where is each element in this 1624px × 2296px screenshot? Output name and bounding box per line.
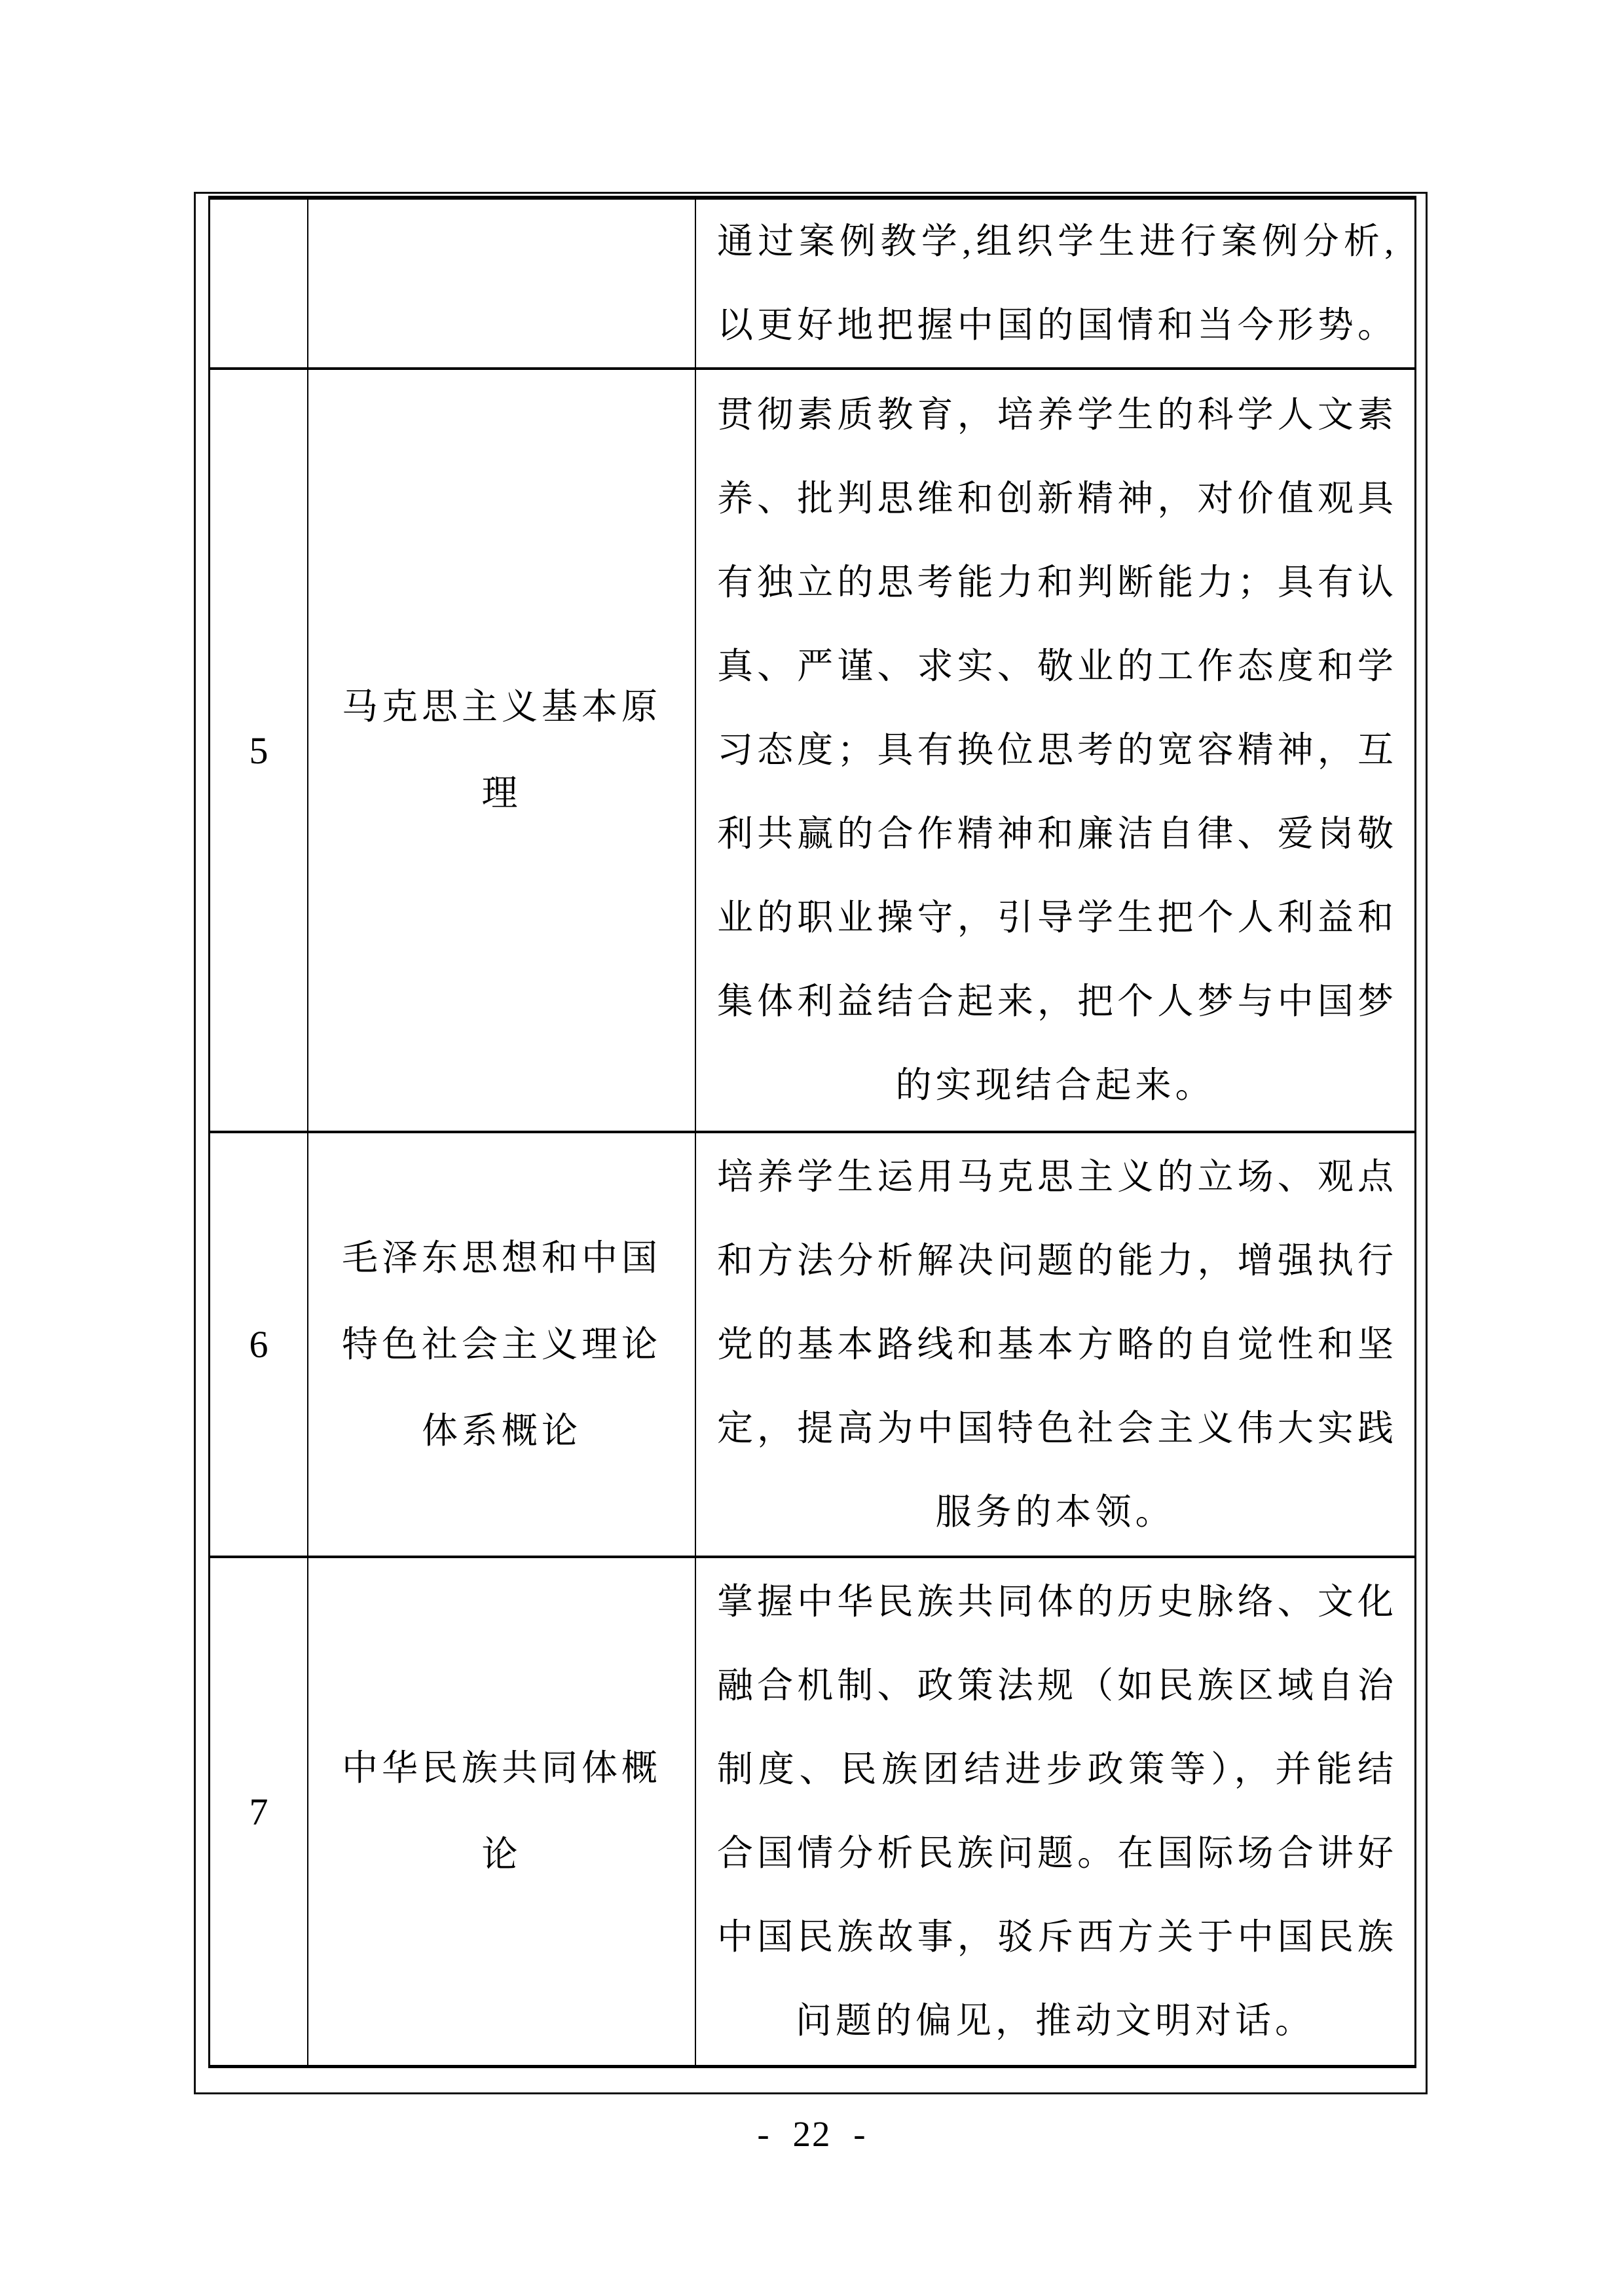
course-objective-cell: 通过案例教学,组织学生进行案例分析,以更好地把握中国的国情和当今形势。 bbox=[696, 200, 1414, 367]
text-line: 贯彻素质教育，培养学生的科学人文素 bbox=[717, 373, 1393, 457]
text-line: 培养学生运用马克思主义的立场、观点 bbox=[717, 1135, 1393, 1219]
page-number: - 22 - bbox=[0, 2113, 1624, 2155]
course-name-cell bbox=[308, 200, 696, 367]
text-line: 掌握中华民族共同体的历史脉络、文化 bbox=[717, 1560, 1393, 1644]
text-line: 定，提高为中国特色社会主义伟大实践 bbox=[717, 1387, 1393, 1470]
row-number: 6 bbox=[249, 1322, 268, 1366]
table-row-7: 7 中华民族共同体概论 掌握中华民族共同体的历史脉络、文化融合机制、政策法规（如… bbox=[210, 1558, 1414, 2065]
course-name-cell: 马克思主义基本原理 bbox=[308, 370, 696, 1131]
course-table: 通过案例教学,组织学生进行案例分析,以更好地把握中国的国情和当今形势。 5 马克… bbox=[208, 196, 1416, 2068]
text-line: 合国情分析民族问题。在国际场合讲好 bbox=[717, 1812, 1393, 1895]
table-row-6: 6 毛泽东思想和中国特色社会主义理论体系概论 培养学生运用马克思主义的立场、观点… bbox=[210, 1133, 1414, 1558]
course-objective-cell: 培养学生运用马克思主义的立场、观点和方法分析解决问题的能力，增强执行党的基本路线… bbox=[696, 1133, 1414, 1556]
table-row-5: 5 马克思主义基本原理 贯彻素质教育，培养学生的科学人文素养、批判思维和创新精神… bbox=[210, 370, 1414, 1133]
row-number-cell: 5 bbox=[210, 370, 308, 1131]
text-line: 真、严谨、求实、敬业的工作态度和学 bbox=[717, 625, 1393, 708]
text-line: 服务的本领。 bbox=[717, 1470, 1393, 1554]
row-number: 7 bbox=[249, 1790, 268, 1834]
text-line: 体系概论 bbox=[308, 1388, 695, 1474]
text-line: 以更好地把握中国的国情和当今形势。 bbox=[717, 283, 1393, 367]
text-line: 马克思主义基本原 bbox=[308, 664, 695, 750]
row-number-cell bbox=[210, 200, 308, 367]
text-line: 特色社会主义理论 bbox=[308, 1302, 695, 1388]
text-line: 论 bbox=[308, 1812, 695, 1898]
text-line: 有独立的思考能力和判断能力；具有认 bbox=[717, 541, 1393, 625]
text-line: 中华民族共同体概 bbox=[308, 1725, 695, 1812]
text-line: 集体利益结合起来，把个人梦与中国梦 bbox=[717, 960, 1393, 1044]
course-objective-cell: 贯彻素质教育，培养学生的科学人文素养、批判思维和创新精神，对价值观具有独立的思考… bbox=[696, 370, 1414, 1131]
course-objective-cell: 掌握中华民族共同体的历史脉络、文化融合机制、政策法规（如民族区域自治制度、民族团… bbox=[696, 1558, 1414, 2065]
row-number: 5 bbox=[249, 729, 268, 773]
text-line: 制度、民族团结进步政策等），并能结 bbox=[717, 1728, 1393, 1812]
course-name-cell: 毛泽东思想和中国特色社会主义理论体系概论 bbox=[308, 1133, 696, 1556]
text-line: 中国民族故事，驳斥西方关于中国民族 bbox=[717, 1895, 1393, 1979]
text-line: 习态度；具有换位思考的宽容精神，互 bbox=[717, 708, 1393, 792]
text-line: 养、批判思维和创新精神，对价值观具 bbox=[717, 457, 1393, 541]
text-line: 融合机制、政策法规（如民族区域自治 bbox=[717, 1644, 1393, 1728]
text-line: 和方法分析解决问题的能力，增强执行 bbox=[717, 1219, 1393, 1303]
text-line: 理 bbox=[308, 750, 695, 837]
text-line: 毛泽东思想和中国 bbox=[308, 1215, 695, 1302]
row-number-cell: 6 bbox=[210, 1133, 308, 1556]
text-line: 的实现结合起来。 bbox=[717, 1044, 1393, 1127]
text-line: 通过案例教学,组织学生进行案例分析, bbox=[717, 200, 1393, 283]
document-page: 通过案例教学,组织学生进行案例分析,以更好地把握中国的国情和当今形势。 5 马克… bbox=[0, 0, 1624, 2296]
text-line: 利共赢的合作精神和廉洁自律、爱岗敬 bbox=[717, 792, 1393, 876]
row-number-cell: 7 bbox=[210, 1558, 308, 2065]
text-line: 业的职业操守，引导学生把个人利益和 bbox=[717, 876, 1393, 960]
course-name-cell: 中华民族共同体概论 bbox=[308, 1558, 696, 2065]
text-line: 问题的偏见，推动文明对话。 bbox=[717, 1979, 1393, 2063]
text-line: 党的基本路线和基本方略的自觉性和坚 bbox=[717, 1303, 1393, 1387]
table-row-continuation: 通过案例教学,组织学生进行案例分析,以更好地把握中国的国情和当今形势。 bbox=[210, 200, 1414, 370]
